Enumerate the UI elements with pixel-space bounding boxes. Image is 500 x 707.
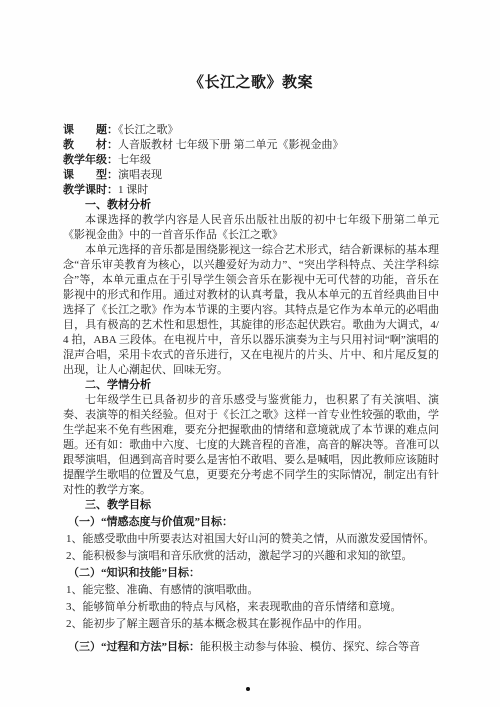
meta-value: 七年级 [118,154,151,166]
objective-item: 3、能够简单分析歌曲的特点与风格，来表现歌曲的音乐情绪和意境。 [63,600,439,615]
meta-label: 教学年级： [63,154,118,166]
objective-item: 1、能完整、准确、有感情的演唱歌曲。 [63,583,439,598]
objective-subheading-text: 能积极主动参与体验、模仿、探究、综合等音 [200,641,420,653]
objective-item: 1、能感受歌曲中所要表达对祖国大好山河的赞美之情，从而激发爱国情怀。 [63,532,439,547]
objective-item: 2、能初步了解主题音乐的基本概念极其在影视作品中的作用。 [63,617,439,632]
objective-subheading-label: （三）“过程和方法”目标： [68,641,200,653]
meta-value: 1 课时 [118,184,148,196]
paragraph: 本单元选择的音乐都是围绕影视这一综合艺术形式，结合新课标的基本理念“音乐审美教育… [63,243,439,378]
objective-subheading: （一）“情感态度与价值观”目标： [63,515,439,530]
meta-value: 《长江之歌》 [118,124,179,136]
meta-block: 课 题：《长江之歌》 教 材：人音版教材 七年级下册 第二单元《影视金曲》 教学… [63,123,439,198]
meta-value: 人音版教材 七年级下册 第二单元《影视金曲》 [118,139,344,151]
meta-line-periods: 教学课时：1 课时 [63,183,439,198]
meta-value: 演唱表现 [118,169,162,181]
section-learner-analysis: 二、学情分析 七年级学生已具备初步的音乐感受与鉴赏能力，也积累了有关演唱、演奏、… [63,378,439,498]
meta-line-textbook: 教 材：人音版教材 七年级下册 第二单元《影视金曲》 [63,138,439,153]
footer-dot [246,687,250,691]
page-title: 《长江之歌》教案 [63,73,439,93]
meta-line-topic: 课 题：《长江之歌》 [63,123,439,138]
meta-label: 课 型： [63,169,118,181]
document-page: 《长江之歌》教案 课 题：《长江之歌》 教 材：人音版教材 七年级下册 第二单元… [0,0,500,707]
objective-item: 2、能积极参与演唱和音乐欣赏的活动，激起学习的兴趣和求知的欲望。 [63,549,439,564]
section-heading: 二、学情分析 [63,378,439,393]
section-heading: 一、教材分析 [63,198,439,213]
objective-subheading-inline: （三）“过程和方法”目标：能积极主动参与体验、模仿、探究、综合等音 [63,640,439,655]
section-teaching-objectives: 三、教学目标 （一）“情感态度与价值观”目标： 1、能感受歌曲中所要表达对祖国大… [63,498,439,655]
section-material-analysis: 一、教材分析 本课选择的教学内容是人民音乐出版社出版的初中七年级下册第二单元《影… [63,198,439,378]
document-content: 《长江之歌》教案 课 题：《长江之歌》 教 材：人音版教材 七年级下册 第二单元… [63,73,439,655]
meta-label: 教学课时： [63,184,118,196]
meta-line-lesson-type: 课 型：演唱表现 [63,168,439,183]
paragraph: 七年级学生已具备初步的音乐感受与鉴赏能力，也积累了有关演唱、演奏、表演等的相关经… [63,393,439,498]
meta-line-grade: 教学年级：七年级 [63,153,439,168]
objective-subheading: （二）“知识和技能”目标： [63,566,439,581]
meta-label: 教 材： [63,139,118,151]
meta-label: 课 题： [63,124,118,136]
paragraph: 本课选择的教学内容是人民音乐出版社出版的初中七年级下册第二单元《影视金曲》中的一… [63,213,439,243]
section-heading: 三、教学目标 [63,498,439,513]
